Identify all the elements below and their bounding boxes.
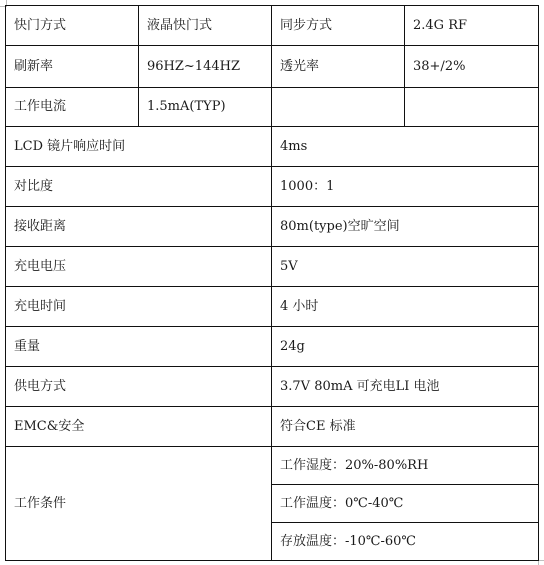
table-row: 充电电压 5V [6, 247, 539, 287]
label-weight: 重量 [6, 327, 272, 367]
label-emc-safety: EMC&安全 [6, 407, 272, 447]
value-working-current: 1.5mA(TYP) [139, 88, 272, 127]
value-working-temperature: 工作温度：0℃-40℃ [272, 485, 539, 523]
table-row: 快门方式 液晶快门式 同步方式 2.4G RF [6, 6, 539, 46]
label-contrast: 对比度 [6, 167, 272, 207]
table-row: 充电时间 4 小时 [6, 287, 539, 327]
value-emc-safety: 符合CE 标准 [272, 407, 539, 447]
label-working-current: 工作电流 [6, 88, 139, 127]
value-contrast: 1000：1 [272, 167, 539, 207]
label-shutter-type: 快门方式 [6, 6, 139, 46]
table-row: EMC&安全 符合CE 标准 [6, 407, 539, 447]
table-row: 供电方式 3.7V 80mA 可充电LI 电池 [6, 367, 539, 407]
value-weight: 24g [272, 327, 539, 367]
label-power-supply: 供电方式 [6, 367, 272, 407]
value-receive-distance: 80m(type)空旷空间 [272, 207, 539, 247]
table-row: 刷新率 96HZ~144HZ 透光率 38+/2% [6, 46, 539, 88]
label-refresh-rate: 刷新率 [6, 46, 139, 88]
label-receive-distance: 接收距离 [6, 207, 272, 247]
value-charge-time: 4 小时 [272, 287, 539, 327]
value-transmittance: 38+/2% [405, 46, 539, 88]
empty-cell [405, 88, 539, 127]
table-row: 工作条件 工作湿度：20%-80%RH [6, 447, 539, 485]
label-charge-voltage: 充电电压 [6, 247, 272, 287]
value-working-humidity: 工作湿度：20%-80%RH [272, 447, 539, 485]
table-row: LCD 镜片响应时间 4ms [6, 127, 539, 167]
value-refresh-rate: 96HZ~144HZ [139, 46, 272, 88]
label-working-conditions: 工作条件 [6, 447, 272, 561]
table-row: 重量 24g [6, 327, 539, 367]
label-charge-time: 充电时间 [6, 287, 272, 327]
value-storage-temperature: 存放温度：-10℃-60℃ [272, 523, 539, 561]
value-charge-voltage: 5V [272, 247, 539, 287]
table-row: 工作电流 1.5mA(TYP) [6, 88, 539, 127]
table-row: 接收距离 80m(type)空旷空间 [6, 207, 539, 247]
table-row: 对比度 1000：1 [6, 167, 539, 207]
value-power-supply: 3.7V 80mA 可充电LI 电池 [272, 367, 539, 407]
empty-cell [272, 88, 405, 127]
spec-table: 快门方式 液晶快门式 同步方式 2.4G RF 刷新率 96HZ~144HZ 透… [5, 5, 539, 561]
label-transmittance: 透光率 [272, 46, 405, 88]
label-sync-method: 同步方式 [272, 6, 405, 46]
label-lcd-response-time: LCD 镜片响应时间 [6, 127, 272, 167]
value-sync-method: 2.4G RF [405, 6, 539, 46]
value-lcd-response-time: 4ms [272, 127, 539, 167]
value-shutter-type: 液晶快门式 [139, 6, 272, 46]
